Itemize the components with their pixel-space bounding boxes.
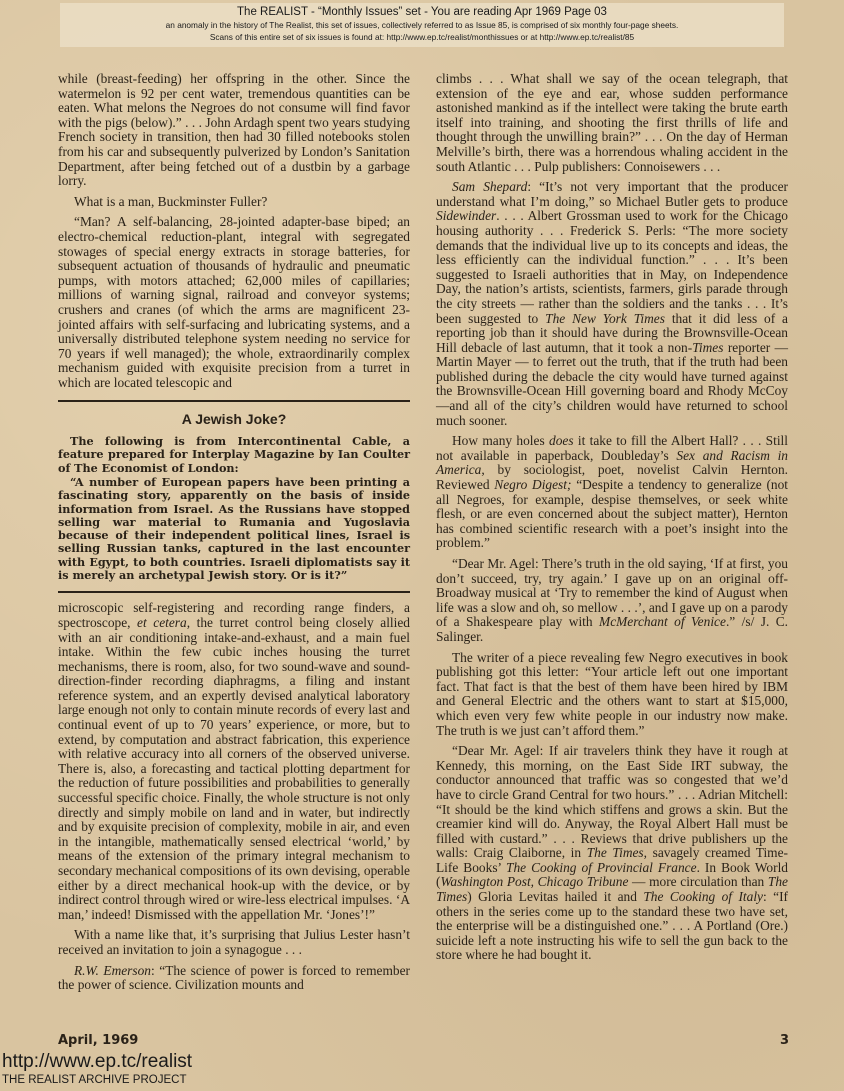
paragraph: The writer of a piece revealing few Negr…: [436, 651, 788, 739]
paragraph: microscopic self-registering and recordi…: [58, 601, 410, 922]
paragraph: Sam Shepard: “It’s not very important th…: [436, 180, 788, 428]
archive-project-label: THE REALIST ARCHIVE PROJECT: [2, 1074, 186, 1086]
archive-url-link[interactable]: http://www.ep.tc/realist: [2, 1051, 192, 1073]
issue-date: April, 1969: [58, 1033, 138, 1048]
paragraph: What is a man, Buckminster Fuller?: [58, 195, 410, 210]
paragraph: “Man? A self-balancing, 28-jointed adapt…: [58, 215, 410, 390]
paragraph: “Dear Mr. Agel: If air travelers think t…: [436, 744, 788, 963]
paragraph: while (breast-feeding) her offspring in …: [58, 72, 410, 189]
sidebar-intro: The following is from Intercontinental C…: [58, 435, 410, 475]
banner-links[interactable]: Scans of this entire set of six issues i…: [60, 31, 784, 43]
banner-description: an anomaly in the history of The Realist…: [60, 19, 784, 31]
banner-title: The REALIST - “Monthly Issues” set - You…: [60, 5, 784, 19]
paragraph: climbs . . . What shall we say of the oc…: [436, 72, 788, 174]
paragraph: R.W. Emerson: “The science of power is f…: [58, 964, 410, 993]
sidebar-box: A Jewish Joke? The following is from Int…: [58, 400, 410, 593]
paragraph: “Dear Mr. Agel: There’s truth in the old…: [436, 557, 788, 645]
paragraph: How many holes does it take to fill the …: [436, 434, 788, 551]
archive-banner: The REALIST - “Monthly Issues” set - You…: [60, 3, 784, 47]
sidebar-quote: “A number of European papers have been p…: [58, 476, 410, 582]
paragraph: With a name like that, it’s surprising t…: [58, 928, 410, 957]
left-column: while (breast-feeding) her offspring in …: [58, 72, 410, 999]
right-column: climbs . . . What shall we say of the oc…: [436, 72, 788, 969]
sidebar-title: A Jewish Joke?: [58, 412, 410, 427]
page-number: 3: [780, 1033, 789, 1048]
